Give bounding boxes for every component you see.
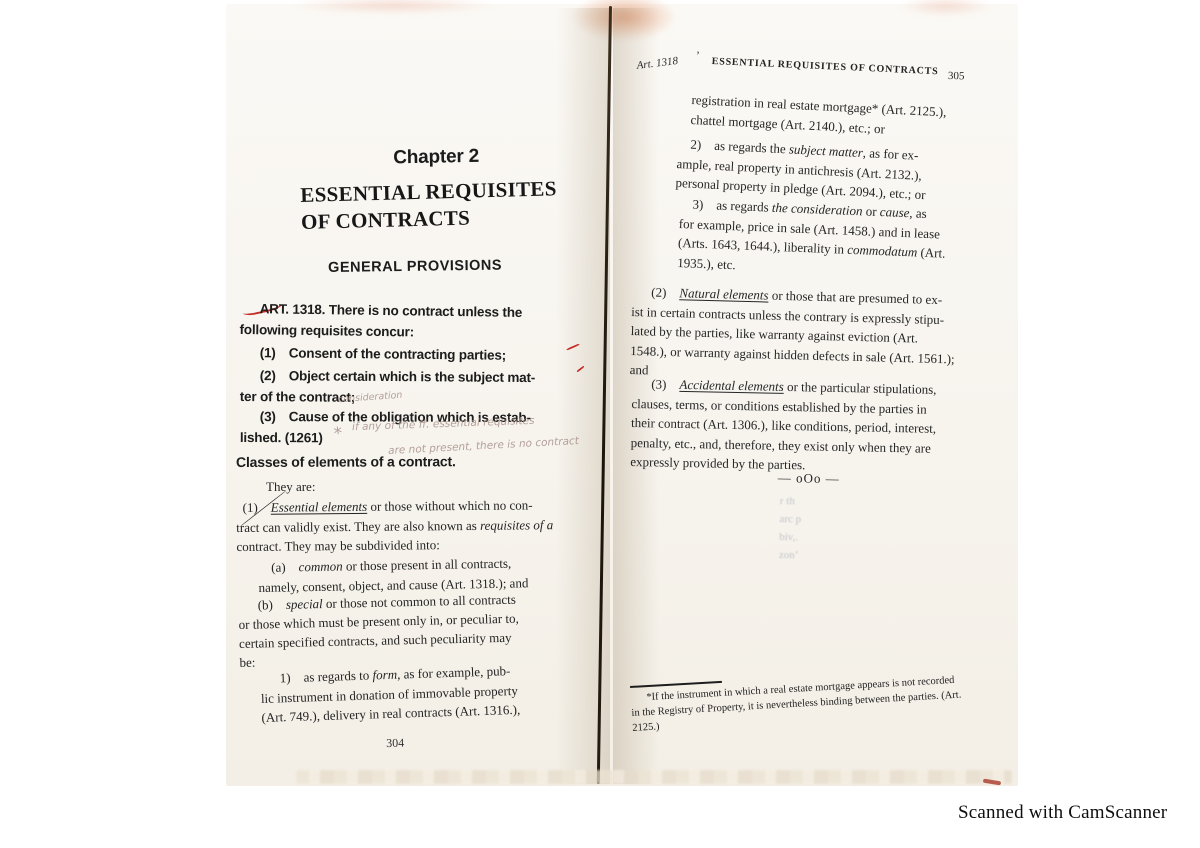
section-heading: GENERAL PROVISIONS bbox=[328, 258, 502, 276]
footnote: *If the instrument in which a real estat… bbox=[630, 664, 1032, 736]
scanned-document: Chapter 2 ESSENTIAL REQUISITESOF CONTRAC… bbox=[0, 0, 1200, 848]
consideration-paragraph: 3) as regards the consideration or cause… bbox=[677, 194, 947, 283]
art-1318-paragraph: ART. 1318. There is no contract unless t… bbox=[239, 298, 522, 344]
classes-heading: Classes of elements of a contract. bbox=[236, 453, 456, 470]
book-photo: Chapter 2 ESSENTIAL REQUISITESOF CONTRAC… bbox=[226, 4, 1018, 786]
footnote-text: *If the instrument in which a real estat… bbox=[630, 669, 1032, 736]
form-subitem-paragraph: 1) as regards to form, as for example, p… bbox=[260, 661, 521, 728]
registration-paragraph: registration in real estate mortgage* (A… bbox=[690, 90, 947, 141]
photo-artifact bbox=[898, 0, 993, 16]
they-are-line: They are: bbox=[266, 479, 315, 495]
stray-mark: ’ bbox=[696, 48, 700, 63]
section-divider: — oOo — bbox=[778, 470, 840, 487]
natural-elements-paragraph: (2) Natural elements or those that are p… bbox=[629, 282, 956, 388]
requisite-item-1: (1) Consent of the contracting parties; bbox=[240, 342, 506, 366]
red-tick-mark bbox=[576, 365, 584, 372]
accidental-elements-paragraph: (3) Accidental elements or the particula… bbox=[630, 374, 937, 477]
chapter-title: ESSENTIAL REQUISITESOF CONTRACTS bbox=[300, 175, 558, 236]
page-number-left: 304 bbox=[386, 736, 404, 751]
essential-elements-paragraph: (1) Essential elements or those without … bbox=[236, 495, 553, 556]
subject-matter-paragraph: 2) as regards the subject matter, as for… bbox=[675, 134, 928, 205]
requisite-item-2: (2) Object certain which is the subject … bbox=[240, 365, 535, 409]
special-subitem-paragraph: (b) special or those not common to all c… bbox=[238, 590, 520, 672]
bleedthrough-text: r tharc pbiv,.zon’ bbox=[779, 492, 802, 564]
left-page: Chapter 2 ESSENTIAL REQUISITESOF CONTRAC… bbox=[236, 6, 602, 778]
page-number-right: 305 bbox=[948, 70, 965, 82]
chapter-label: Chapter 2 bbox=[356, 145, 516, 170]
running-header-title: ESSENTIAL REQUISITES OF CONTRACTS bbox=[712, 56, 939, 77]
camscanner-watermark: Scanned with CamScanner bbox=[958, 802, 1194, 824]
running-header-article: Art. 1318 bbox=[636, 55, 679, 72]
red-tick-mark bbox=[566, 343, 580, 351]
right-page: Art. 1318 ’ ESSENTIAL REQUISITES OF CONT… bbox=[630, 40, 1030, 780]
